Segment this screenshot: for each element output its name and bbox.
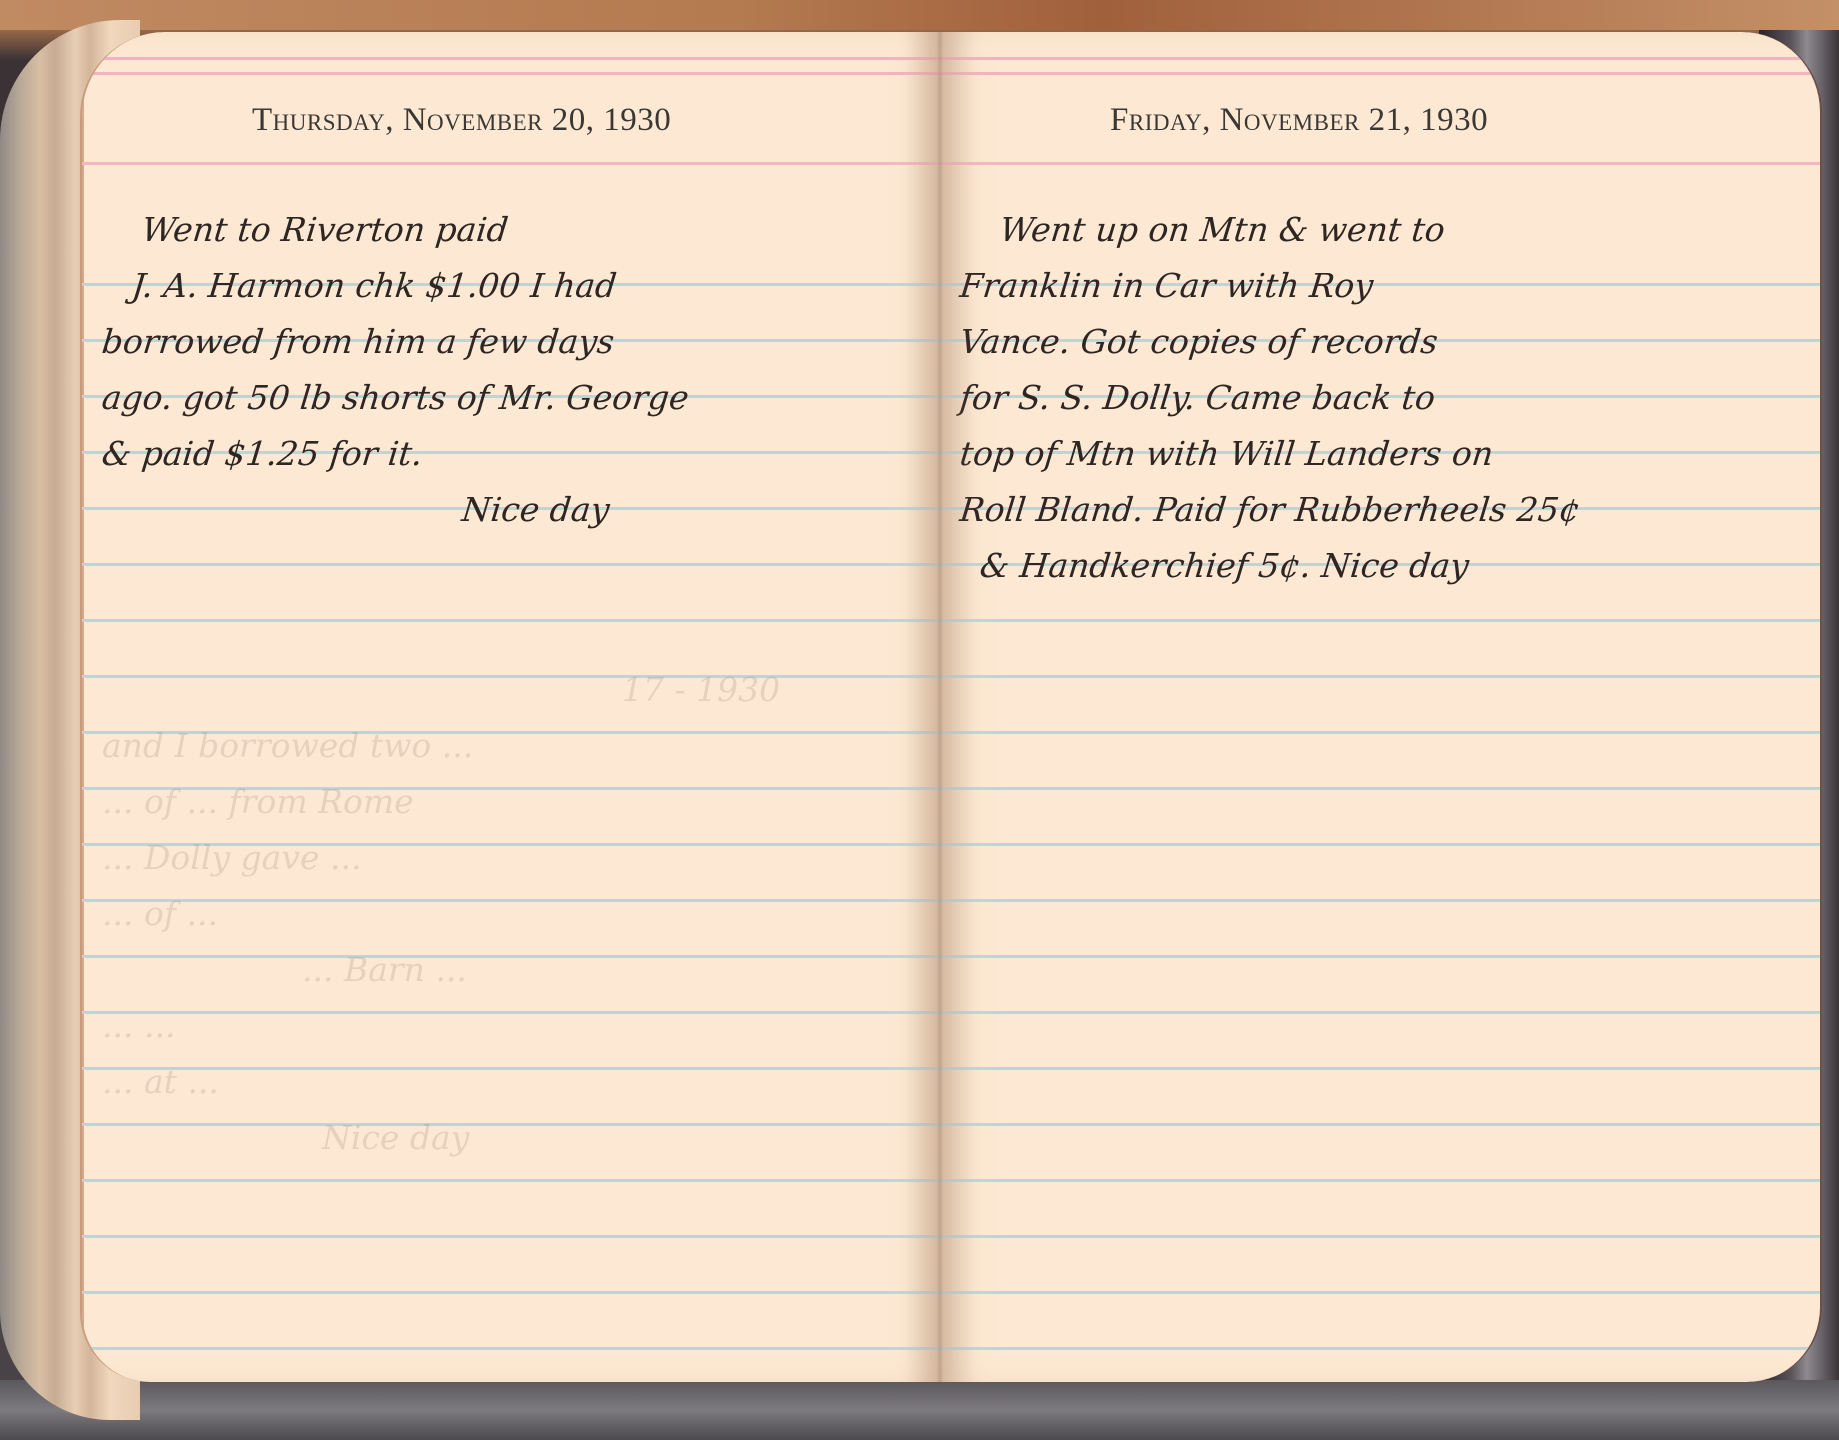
left-page: Thursday, November 20, 1930 17 - 1930 an… [80,32,942,1382]
ghost-line: ... of ... from Rome [102,774,902,830]
ghost-line: ... Dolly gave ... [102,830,902,886]
bleed-through-text: 17 - 1930 and I borrowed two ... ... of … [102,662,902,1166]
header-bottom-rule [82,162,942,165]
right-page: Friday, November 21, 1930 Went up on Mtn… [940,32,1822,1382]
diary-entry: Went to Riverton paid J. A. Harmon chk $… [102,202,922,538]
ghost-line: ... at ... [102,1054,902,1110]
ghost-line: 17 - 1930 [102,662,902,718]
ghost-line: Nice day [102,1110,902,1166]
ghost-line: and I borrowed two ... [102,718,902,774]
entry-line: Went to Riverton paid [99,202,925,258]
entry-line: Franklin in Car with Roy [957,258,1803,314]
entry-line: Nice day [99,482,925,538]
entry-line: for S. S. Dolly. Came back to [957,370,1803,426]
entry-line: ago. got 50 lb shorts of Mr. George [99,370,925,426]
diary-entry: Went up on Mtn & went to Franklin in Car… [960,202,1800,594]
page-date-header: Thursday, November 20, 1930 [252,102,671,139]
ghost-line: ... ... [102,998,902,1054]
entry-line: borrowed from him a few days [99,314,925,370]
header-double-rule [82,57,942,75]
ghost-line: ... Barn ... [102,942,902,998]
entry-line: & Handkerchief 5¢. Nice day [957,538,1803,594]
page-date-header: Friday, November 21, 1930 [1110,102,1488,139]
entry-line: top of Mtn with Will Landers on [957,426,1803,482]
header-bottom-rule [940,162,1820,165]
entry-line: Went up on Mtn & went to [957,202,1803,258]
entry-line: & paid $1.25 for it. [99,426,925,482]
entry-line: J. A. Harmon chk $1.00 I had [99,258,925,314]
book-cover-top [0,0,1839,30]
entry-line: Roll Bland. Paid for Rubberheels 25¢ [957,482,1803,538]
book-cover-bottom [0,1380,1839,1440]
ghost-line: ... of ... [102,886,902,942]
entry-line: Vance. Got copies of records [957,314,1803,370]
header-double-rule [940,57,1820,75]
